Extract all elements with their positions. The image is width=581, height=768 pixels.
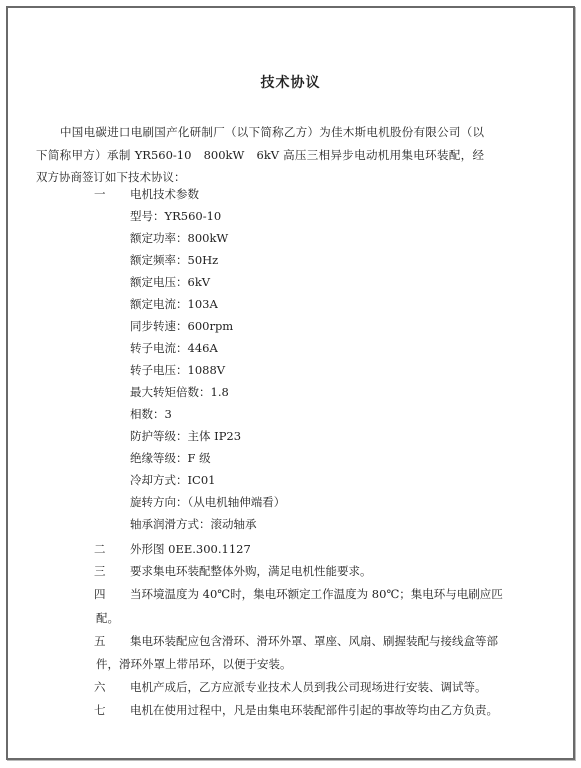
section-text-7: 电机在使用过程中，凡是由集电环装配部件引起的事故等均由乙方负责。: [130, 702, 498, 718]
param-rated-frequency: 额定频率：50Hz: [130, 252, 218, 268]
param-rated-voltage: 额定电压：6kV: [130, 274, 210, 290]
section-text-6: 电机产成后，乙方应派专业技术人员到我公司现场进行安装、调试等。: [130, 679, 487, 695]
section-number-3: 三: [94, 563, 106, 579]
param-rotor-voltage: 转子电压：1088V: [130, 362, 225, 378]
section-text-5-cont: 件，滑环外罩上带吊环，以便于安装。: [96, 656, 292, 672]
section-number-6: 六: [94, 679, 106, 695]
section-text-1: 电机技术参数: [130, 186, 199, 202]
section-text-2: 外形图 0EE.300.1127: [130, 541, 251, 557]
param-bearing: 轴承润滑方式：滚动轴承: [130, 516, 257, 532]
document-title: 技术协议: [0, 72, 581, 92]
param-insulation: 绝缘等级：F 级: [130, 450, 211, 466]
section-text-4-cont: 配。: [96, 610, 119, 626]
param-rotation: 旋转方向：（从电机轴伸端看）: [130, 494, 285, 510]
section-text-5: 集电环装配应包含滑环、滑环外罩、罩座、风扇、刷握装配与接线盒等部: [130, 633, 498, 649]
param-phases: 相数：3: [130, 406, 172, 422]
param-max-torque: 最大转矩倍数：1.8: [130, 384, 229, 400]
section-number-1: 一: [94, 186, 106, 202]
param-cooling: 冷却方式：IC01: [130, 472, 215, 488]
section-number-4: 四: [94, 586, 106, 602]
section-text-4: 当环境温度为 40℃时，集电环额定工作温度为 80℃；集电环与电刷应匹: [130, 586, 503, 602]
section-number-5: 五: [94, 633, 106, 649]
param-rated-power: 额定功率：800kW: [130, 230, 228, 246]
section-number-2: 二: [94, 541, 106, 557]
param-protection: 防护等级：主体 IP23: [130, 428, 241, 444]
section-number-7: 七: [94, 702, 106, 718]
param-rotor-current: 转子电流：446A: [130, 340, 218, 356]
param-sync-speed: 同步转速：600rpm: [130, 318, 233, 334]
param-rated-current: 额定电流：103A: [130, 296, 218, 312]
param-model: 型号：YR560-10: [130, 208, 221, 224]
intro-paragraph: 中国电碳进口电刷国产化研制厂（以下简称乙方）为佳木斯电机股份有限公司（以下简称甲…: [36, 121, 484, 189]
section-text-3: 要求集电环装配整体外购，满足电机性能要求。: [130, 563, 372, 579]
